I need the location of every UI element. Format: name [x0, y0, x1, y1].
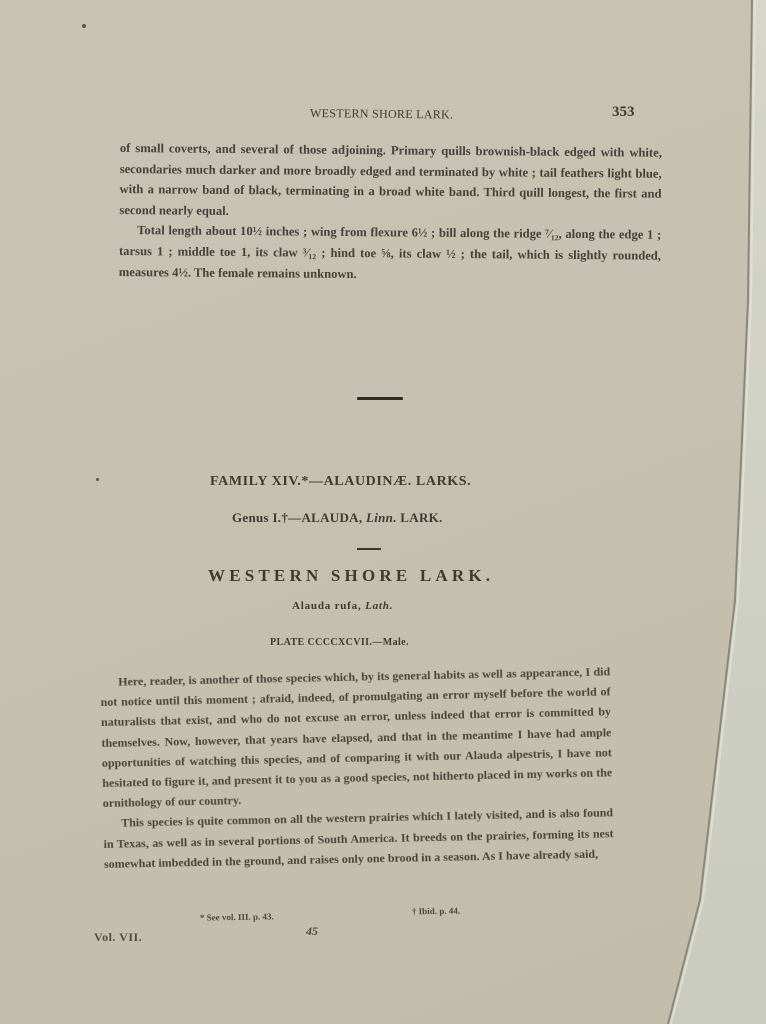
section-divider-rule — [357, 397, 403, 400]
genus-authority: Linn. — [366, 510, 397, 525]
signature-mark: 45 — [306, 924, 318, 939]
latin-name: Alauda rufa, Lath. — [292, 600, 393, 612]
paper-speck — [96, 478, 99, 481]
footnote-genus: † Ibid. p. 44. — [412, 906, 460, 917]
species-body-text: Here, reader, is another of those specie… — [100, 661, 614, 874]
description-continuation: of small coverts, and several of those a… — [119, 138, 662, 287]
heading-divider-rule — [357, 548, 381, 550]
latin-authority: Lath. — [365, 600, 393, 612]
measurements-paragraph: Total length about 10½ inches ; wing fro… — [119, 220, 662, 287]
footnote-family: * See vol. III. p. 43. — [200, 911, 274, 922]
species-title: WESTERN SHORE LARK. — [208, 566, 494, 586]
volume-label: Vol. VII. — [94, 930, 142, 945]
latin-binomial: Alauda rufa, — [292, 600, 365, 612]
genus-heading: Genus I.†—ALAUDA, Linn. LARK. — [232, 510, 443, 526]
genus-name: Genus I.†—ALAUDA, — [232, 510, 366, 525]
paper-speck — [82, 24, 86, 28]
plumage-paragraph: of small coverts, and several of those a… — [119, 138, 662, 225]
family-heading: FAMILY XIV.*—ALAUDINÆ. LARKS. — [210, 474, 471, 490]
running-title: WESTERN SHORE LARK. — [310, 106, 454, 123]
body-paragraph: This species is quite common on all the … — [103, 803, 614, 874]
page-number: 353 — [612, 104, 635, 121]
body-paragraph: Here, reader, is another of those specie… — [100, 661, 613, 813]
plate-reference: PLATE CCCCXCVII.—Male. — [270, 637, 409, 648]
genus-common-name: LARK. — [397, 510, 443, 525]
